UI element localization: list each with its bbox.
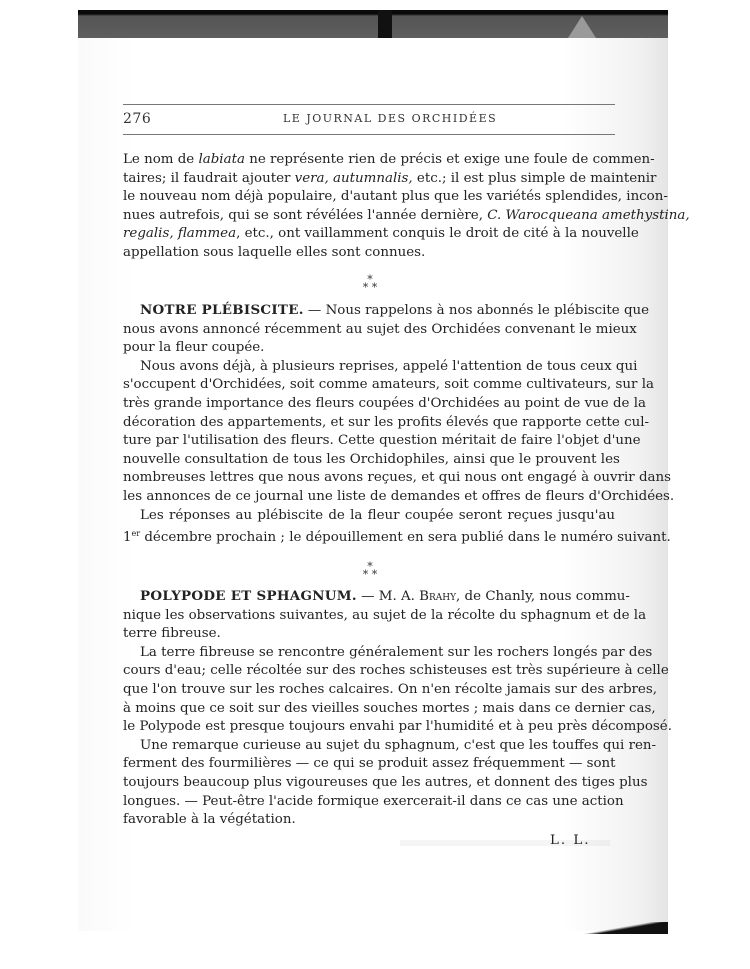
section-heading: POLYPODE ET SPHAGNUM. xyxy=(140,588,357,604)
text-line: Les réponses au plébiscite de la fleur c… xyxy=(123,507,615,526)
text-line: nues autrefois, qui se sont révélées l'a… xyxy=(123,207,615,226)
text-line: 1er décembre prochain ; le dépouillement… xyxy=(123,525,615,548)
section-notre-plebiscite: NOTRE PLÉBISCITE. — Nous rappelons à nos… xyxy=(123,301,615,548)
text-line: le Polypode est presque toujours envahi … xyxy=(123,718,615,737)
text-line: nouvelle consultation de tous les Orchid… xyxy=(123,451,615,470)
asterism-bottom: * * xyxy=(350,571,390,579)
text-line: très grande importance des fleurs coupée… xyxy=(123,395,615,414)
header-rule-top xyxy=(123,104,615,105)
text-line: NOTRE PLÉBISCITE. — Nous rappelons à nos… xyxy=(123,301,615,321)
text-line: à moins que ce soit sur des vieilles sou… xyxy=(123,700,615,719)
text-line: nombreuses lettres que nous avons reçues… xyxy=(123,469,615,488)
text-line: décoration des appartements, et sur les … xyxy=(123,414,615,433)
asterism-separator: * * * xyxy=(350,563,390,579)
running-head: 276 LE JOURNAL DES ORCHIDÉES xyxy=(123,104,615,134)
text-line: pour la fleur coupée. xyxy=(123,339,615,358)
text-line: nique les observations suivantes, au suj… xyxy=(123,607,615,626)
section-heading: NOTRE PLÉBISCITE. xyxy=(140,302,304,318)
text-line: appellation sous laquelle elles sont con… xyxy=(123,244,615,263)
journal-title: LE JOURNAL DES ORCHIDÉES xyxy=(283,112,497,125)
text-line: taires; il faudrait ajouter vera, autumn… xyxy=(123,170,615,189)
scan-binding-gap xyxy=(378,10,392,38)
text-line: le nouveau nom déjà populaire, d'autant … xyxy=(123,188,615,207)
text-line: cours d'eau; celle récoltée sur des roch… xyxy=(123,662,615,681)
page-number: 276 xyxy=(123,111,151,127)
text-line: Nous avons déjà, à plusieurs reprises, a… xyxy=(123,358,615,377)
text-line: ferment des fourmilières — ce qui se pro… xyxy=(123,755,615,774)
scan-page-tab xyxy=(568,16,596,38)
text-line: La terre fibreuse se rencontre généralem… xyxy=(123,644,615,663)
text-line: POLYPODE ET SPHAGNUM. — M. A. Brahy, de … xyxy=(123,587,615,607)
intro-paragraph: Le nom de labiata ne représente rien de … xyxy=(123,151,615,263)
text-line: nous avons annoncé récemment au sujet de… xyxy=(123,321,615,340)
text-line: les annonces de ce journal une liste de … xyxy=(123,488,615,507)
author-name: Brahy xyxy=(419,589,456,604)
asterism-separator: * * * xyxy=(350,276,390,292)
text-line: terre fibreuse. xyxy=(123,625,615,644)
text-line: que l'on trouve sur les roches calcaires… xyxy=(123,681,615,700)
text-line: Une remarque curieuse au sujet du sphagn… xyxy=(123,737,615,756)
signature: L. L. xyxy=(550,833,591,848)
text-line: longues. — Peut-être l'acide formique ex… xyxy=(123,793,615,812)
text-line: favorable à la végétation. xyxy=(123,811,615,830)
text-line: s'occupent d'Orchidées, soit comme amate… xyxy=(123,376,615,395)
text-line: regalis, flammea, etc., ont vaillamment … xyxy=(123,225,615,244)
asterism-bottom: * * xyxy=(350,284,390,292)
text-line: ture par l'utilisation des fleurs. Cette… xyxy=(123,432,615,451)
scan-top-edge xyxy=(78,10,668,38)
header-rule-bottom xyxy=(123,134,615,135)
page-curl-shadow xyxy=(580,922,668,934)
text-line: Le nom de labiata ne représente rien de … xyxy=(123,151,615,170)
text-line: toujours beaucoup plus vigoureuses que l… xyxy=(123,774,615,793)
section-polypode-sphagnum: POLYPODE ET SPHAGNUM. — M. A. Brahy, de … xyxy=(123,587,615,830)
